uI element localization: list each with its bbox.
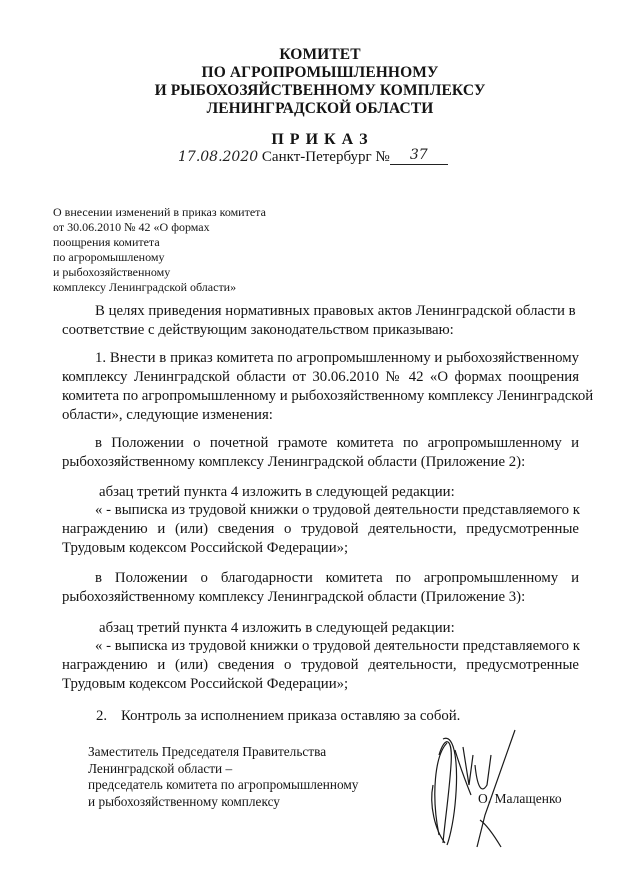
change1-text-line-2: награждению и (или) сведения о трудовой … [62,521,579,538]
subject-line-2: от 30.06.2010 № 42 «О формах [53,220,210,235]
committee-title-line-2: ПО АГРОПРОМЫШЛЕННОМУ [0,64,640,82]
number-label: № [375,149,389,165]
change2-intro-line-1: в Положении о благодарности комитета по … [95,570,579,587]
city: Санкт-Петербург [262,149,372,165]
subject-line-5: и рыбохозяйственному [53,265,170,280]
change1-instruction: абзац третий пункта 4 изложить в следующ… [99,484,455,501]
subject-line-1: О внесении изменений в приказ комитета [53,205,266,220]
order-number-field: 37 [390,147,448,165]
item2-text: Контроль за исполнением приказа оставляю… [121,708,460,725]
preamble-line-1: В целях приведения нормативных правовых … [95,303,576,320]
subject-line-3: поощрения комитета [53,235,160,250]
change2-text-line-1: « - выписка из трудовой книжки о трудово… [95,638,579,655]
item1-line-4: области», следующие изменения: [62,407,273,424]
subject-line-6: комплексу Ленинградской области» [53,280,236,295]
handwritten-signature-icon [425,725,525,850]
item1-line-1: 1. Внести в приказ комитета по агропромы… [95,350,579,367]
item1-line-2: комплексу Ленинградской области от 30.06… [62,369,579,386]
change1-intro-line-1: в Положении о почетной грамоте комитета … [95,435,579,452]
signatory-position: Заместитель Председателя Правительства Л… [88,744,358,810]
document-type: П Р И К А З [0,131,640,149]
handwritten-date: 17.08.2020 [178,149,258,165]
committee-title-line-3: И РЫБОХОЗЯЙСТВЕННОМУ КОМПЛЕКСУ [0,82,640,100]
position-line-2: Ленинградской области – [88,761,358,778]
change2-text-line-2: награждению и (или) сведения о трудовой … [62,657,579,674]
change1-text-line-1: « - выписка из трудовой книжки о трудово… [95,502,579,519]
committee-title-line-4: ЛЕНИНГРАДСКОЙ ОБЛАСТИ [0,100,640,118]
position-line-1: Заместитель Председателя Правительства [88,744,358,761]
change2-intro-line-2: рыбохозяйственному комплексу Ленинградск… [62,589,525,606]
item1-line-3: комитета по агропромышленному и рыбохозя… [62,388,579,405]
preamble-line-2: соответствие с действующим законодательс… [62,322,454,339]
change1-text-line-3: Трудовым кодексом Российской Федерации»; [62,540,348,557]
date-city-number-line: 17.08.2020 Санкт-Петербург №37 [178,149,448,167]
position-line-4: и рыбохозяйственному комплексу [88,794,358,811]
item2-number: 2. [96,708,107,725]
change2-text-line-3: Трудовым кодексом Российской Федерации»; [62,676,348,693]
signatory-name: О. Малащенко [478,791,562,807]
subject-line-4: по агроромышленому [53,250,164,265]
change2-instruction: абзац третий пункта 4 изложить в следующ… [99,620,455,637]
handwritten-number: 37 [410,147,428,163]
position-line-3: председатель комитета по агропромышленно… [88,777,358,794]
committee-title-line-1: КОМИТЕТ [0,46,640,64]
change1-intro-line-2: рыбохозяйственному комплексу Ленинградск… [62,454,525,471]
